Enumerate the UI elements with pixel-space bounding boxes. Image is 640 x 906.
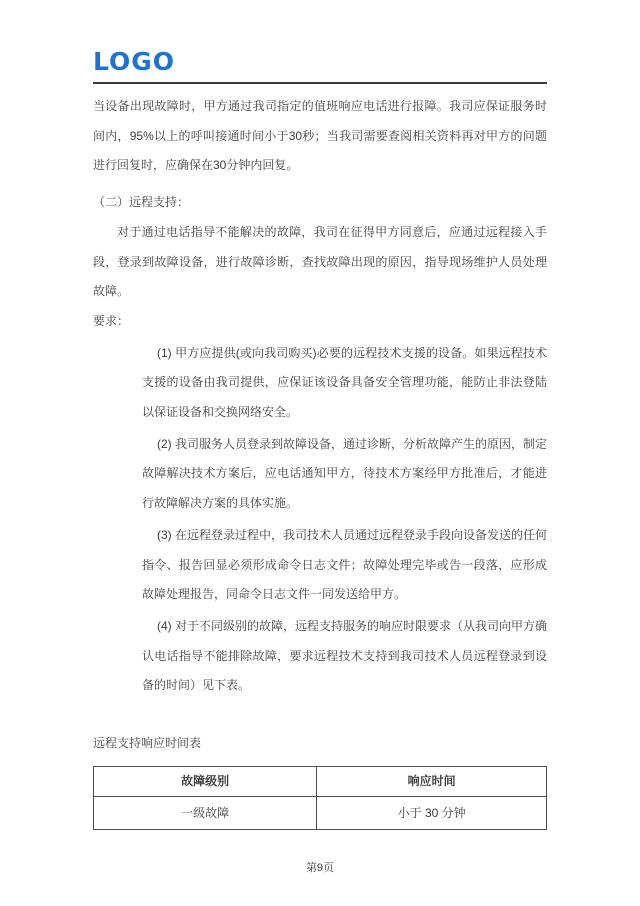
table-header-fault-level: 故障级别 <box>94 766 317 797</box>
table-header-response-time: 响应时间 <box>317 766 547 797</box>
section-heading-remote-support: （二）远程支持： <box>93 188 547 218</box>
company-logo: LOGO <box>93 0 547 75</box>
response-time-table: 故障级别 响应时间 一级故障 小于 30 分钟 <box>93 766 547 831</box>
document-page: LOGO 当设备出现故障时，甲方通过我司指定的值班响应电话进行报障。我司应保证服… <box>0 0 640 906</box>
table-title: 远程支持响应时间表 <box>93 729 547 759</box>
paragraph-requirements-label: 要求： <box>93 307 547 337</box>
table-cell-response-time: 小于 30 分钟 <box>317 797 547 830</box>
table-cell-fault-level: 一级故障 <box>94 797 317 830</box>
body-text: 当设备出现故障时，甲方通过我司指定的值班响应电话进行报障。我司应保证服务时间内，… <box>93 92 547 884</box>
list-item-3: (3) 在远程登录过程中，我司技术人员通过远程登录手段向设备发送的任何指令、报告… <box>142 521 547 610</box>
paragraph-remote-support-intro: 对于通过电话指导不能解决的故障，我司在征得甲方同意后，应通过远程接入手段，登录到… <box>93 218 547 307</box>
list-item-2: (2) 我司服务人员登录到故障设备，通过诊断，分析故障产生的原因，制定故障解决技… <box>142 430 547 519</box>
paragraph-phone-support: 当设备出现故障时，甲方通过我司指定的值班响应电话进行报障。我司应保证服务时间内，… <box>93 92 547 181</box>
list-item-1: (1) 甲方应提供(或向我司购买)必要的远程技术支援的设备。如果远程技术支援的设… <box>142 339 547 428</box>
page-content: LOGO 当设备出现故障时，甲方通过我司指定的值班响应电话进行报障。我司应保证服… <box>93 0 547 884</box>
table-header-row: 故障级别 响应时间 <box>94 766 547 797</box>
page-number: 第9页 <box>93 854 547 884</box>
list-item-4: (4) 对于不同级别的故障，远程支持服务的响应时限要求（从我司向甲方确认电话指导… <box>142 612 547 701</box>
header-divider <box>93 82 547 84</box>
table-row: 一级故障 小于 30 分钟 <box>94 797 547 830</box>
